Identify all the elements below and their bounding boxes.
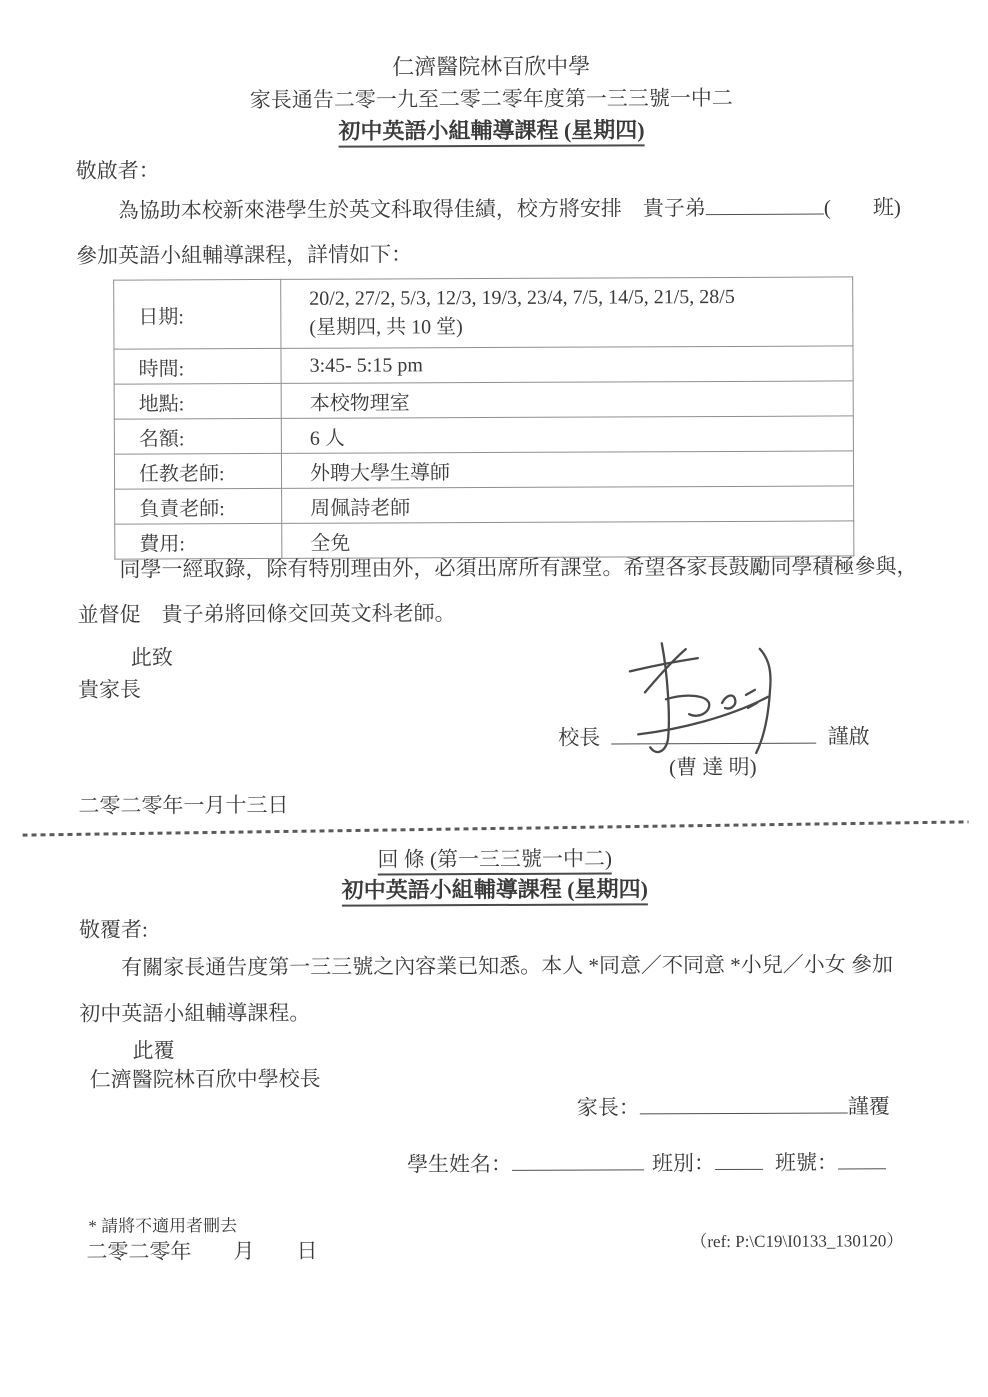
scanned-notice-page: 仁濟醫院林百欣中學 家長通告二零一九至二零二零年度第一三三號一中二 初中英語小組…: [0, 0, 988, 1397]
cut-here-dashed-line: [23, 820, 969, 836]
reply-slip-title: 回 條 (第一三三號一中二): [377, 846, 612, 875]
class-no-blank: [838, 1148, 886, 1169]
row-label: 名額:: [114, 418, 281, 454]
course-details-table-wrap: 日期: 20/2, 27/2, 5/3, 12/3, 19/3, 23/4, 7…: [113, 276, 854, 559]
student-name-blank: [512, 1149, 644, 1171]
parent-signature-blank: [640, 1093, 848, 1115]
principal-signature-line: [611, 723, 816, 745]
reply-body-line-2: 初中英語小組輔導課程。: [79, 997, 310, 1028]
row-value: 周佩詩老師: [282, 486, 854, 523]
salutation: 敬啟者：: [76, 154, 160, 184]
class-no-label: 班號：: [775, 1151, 838, 1175]
student-info-line: 學生姓名：班別：班號：: [407, 1146, 886, 1178]
delete-inapplicable-footnote: * 請將不適用者刪去: [88, 1211, 237, 1237]
row-value: 外聘大學生導師: [281, 451, 853, 488]
table-row-teacher-in-charge: 負責老師: 周佩詩老師: [115, 486, 854, 524]
page-content: 仁濟醫院林百欣中學 家長通告二零一九至二零二零年度第一三三號一中二 初中英語小組…: [0, 0, 988, 1397]
file-ref: （ref: P:\C19\I0133_130120）: [690, 1226, 903, 1252]
row-value: 3:45- 5:15 pm: [281, 346, 853, 383]
date-note: (星期四, 共 10 堂): [309, 308, 844, 339]
notice-date: 二零二零年一月十三日: [78, 789, 288, 820]
reply-cc-line-1: 此覆: [132, 1034, 174, 1064]
parent-sign-line: 家長：謹覆: [577, 1090, 890, 1121]
reply-body-line-1: 有關家長通告度第一三三號之內容業已知悉。本人 *同意／不同意 *小兒／小女 參加: [79, 948, 893, 982]
course-details-table: 日期: 20/2, 27/2, 5/3, 12/3, 19/3, 23/4, 7…: [113, 276, 854, 559]
principal-name: (曹 達 明): [605, 751, 820, 782]
class-label: 班別：: [652, 1151, 715, 1175]
cc-line-2: 貴家長: [78, 674, 141, 704]
table-row-tutor: 任教老師: 外聘大學生導師: [114, 451, 853, 489]
reply-cc-line-2: 仁濟醫院林百欣中學校長: [90, 1063, 321, 1094]
row-label: 日期:: [114, 279, 281, 349]
table-row-venue: 地點: 本校物理室: [114, 381, 853, 419]
reply-body-text-1: 有關家長通告度第一三三號之內容業已知悉。本人 *同意／不同意 *小兒／小女 參加: [121, 952, 893, 979]
row-value: 20/2, 27/2, 5/3, 12/3, 19/3, 23/4, 7/5, …: [281, 277, 853, 348]
closing-text-1: 同學一經取錄，除有特別理由外，必須出席所有課堂。希望各家長鼓勵同學積極參與，: [119, 554, 917, 581]
principal-sign-line: 校長 謹啟: [558, 720, 870, 751]
parent-label: 家長：: [577, 1095, 640, 1119]
cc-line-1: 此致: [131, 641, 173, 671]
principal-label: 校長: [558, 726, 600, 750]
reply-title-1-wrap: 回 條 (第一三三號一中二): [1, 841, 988, 875]
intro-line-1: 為協助本校新來港學生於英文科取得佳績，校方將安排 貴子弟( 班): [76, 191, 901, 225]
reply-title-2-wrap: 初中英語小組輔導課程 (星期四): [1, 871, 988, 906]
row-label: 地點:: [114, 383, 281, 419]
row-label: 負責老師:: [115, 488, 282, 524]
parent-respectfully-label: 謹覆: [848, 1094, 890, 1118]
reply-salutation: 敬覆者:: [79, 914, 148, 944]
row-value: 6 人: [281, 416, 853, 453]
class-blank: [715, 1149, 763, 1170]
intro-line-2: 參加英語小組輔導課程，詳情如下：: [76, 238, 412, 269]
student-name-blank: [706, 194, 824, 215]
document-title: 初中英語小組輔導課程 (星期四): [338, 117, 644, 147]
notice-number-line: 家長通告二零一九至二零二零年度第一三三號一中二: [0, 81, 985, 115]
intro-class-paren: ( 班): [824, 195, 901, 219]
row-value: 本校物理室: [281, 381, 853, 418]
table-row-date: 日期: 20/2, 27/2, 5/3, 12/3, 19/3, 23/4, 7…: [114, 277, 853, 349]
reply-date-line: 二零二零年 月 日: [86, 1235, 317, 1266]
table-row-quota: 名額: 6 人: [114, 416, 853, 454]
date-list: 20/2, 27/2, 5/3, 12/3, 19/3, 23/4, 7/5, …: [309, 285, 844, 310]
closing-line-2: 並督促 貴子弟將回條交回英文科老師。: [78, 597, 456, 629]
student-name-label: 學生姓名：: [407, 1152, 512, 1176]
reply-course-title: 初中英語小組輔導課程 (星期四): [342, 876, 648, 906]
intro-text: 為協助本校新來港學生於英文科取得佳績，校方將安排 貴子弟: [118, 196, 706, 223]
table-row-time: 時間: 3:45- 5:15 pm: [114, 346, 853, 384]
respectfully-label: 謹啟: [828, 724, 870, 748]
row-label: 任教老師:: [114, 453, 281, 489]
closing-line-1: 同學一經取錄，除有特別理由外，必須出席所有課堂。希望各家長鼓勵同學積極參與，: [77, 550, 917, 584]
school-name: 仁濟醫院林百欣中學: [0, 48, 985, 83]
document-title-wrap: 初中英語小組輔導課程 (星期四): [0, 112, 986, 147]
row-label: 時間:: [114, 348, 281, 384]
